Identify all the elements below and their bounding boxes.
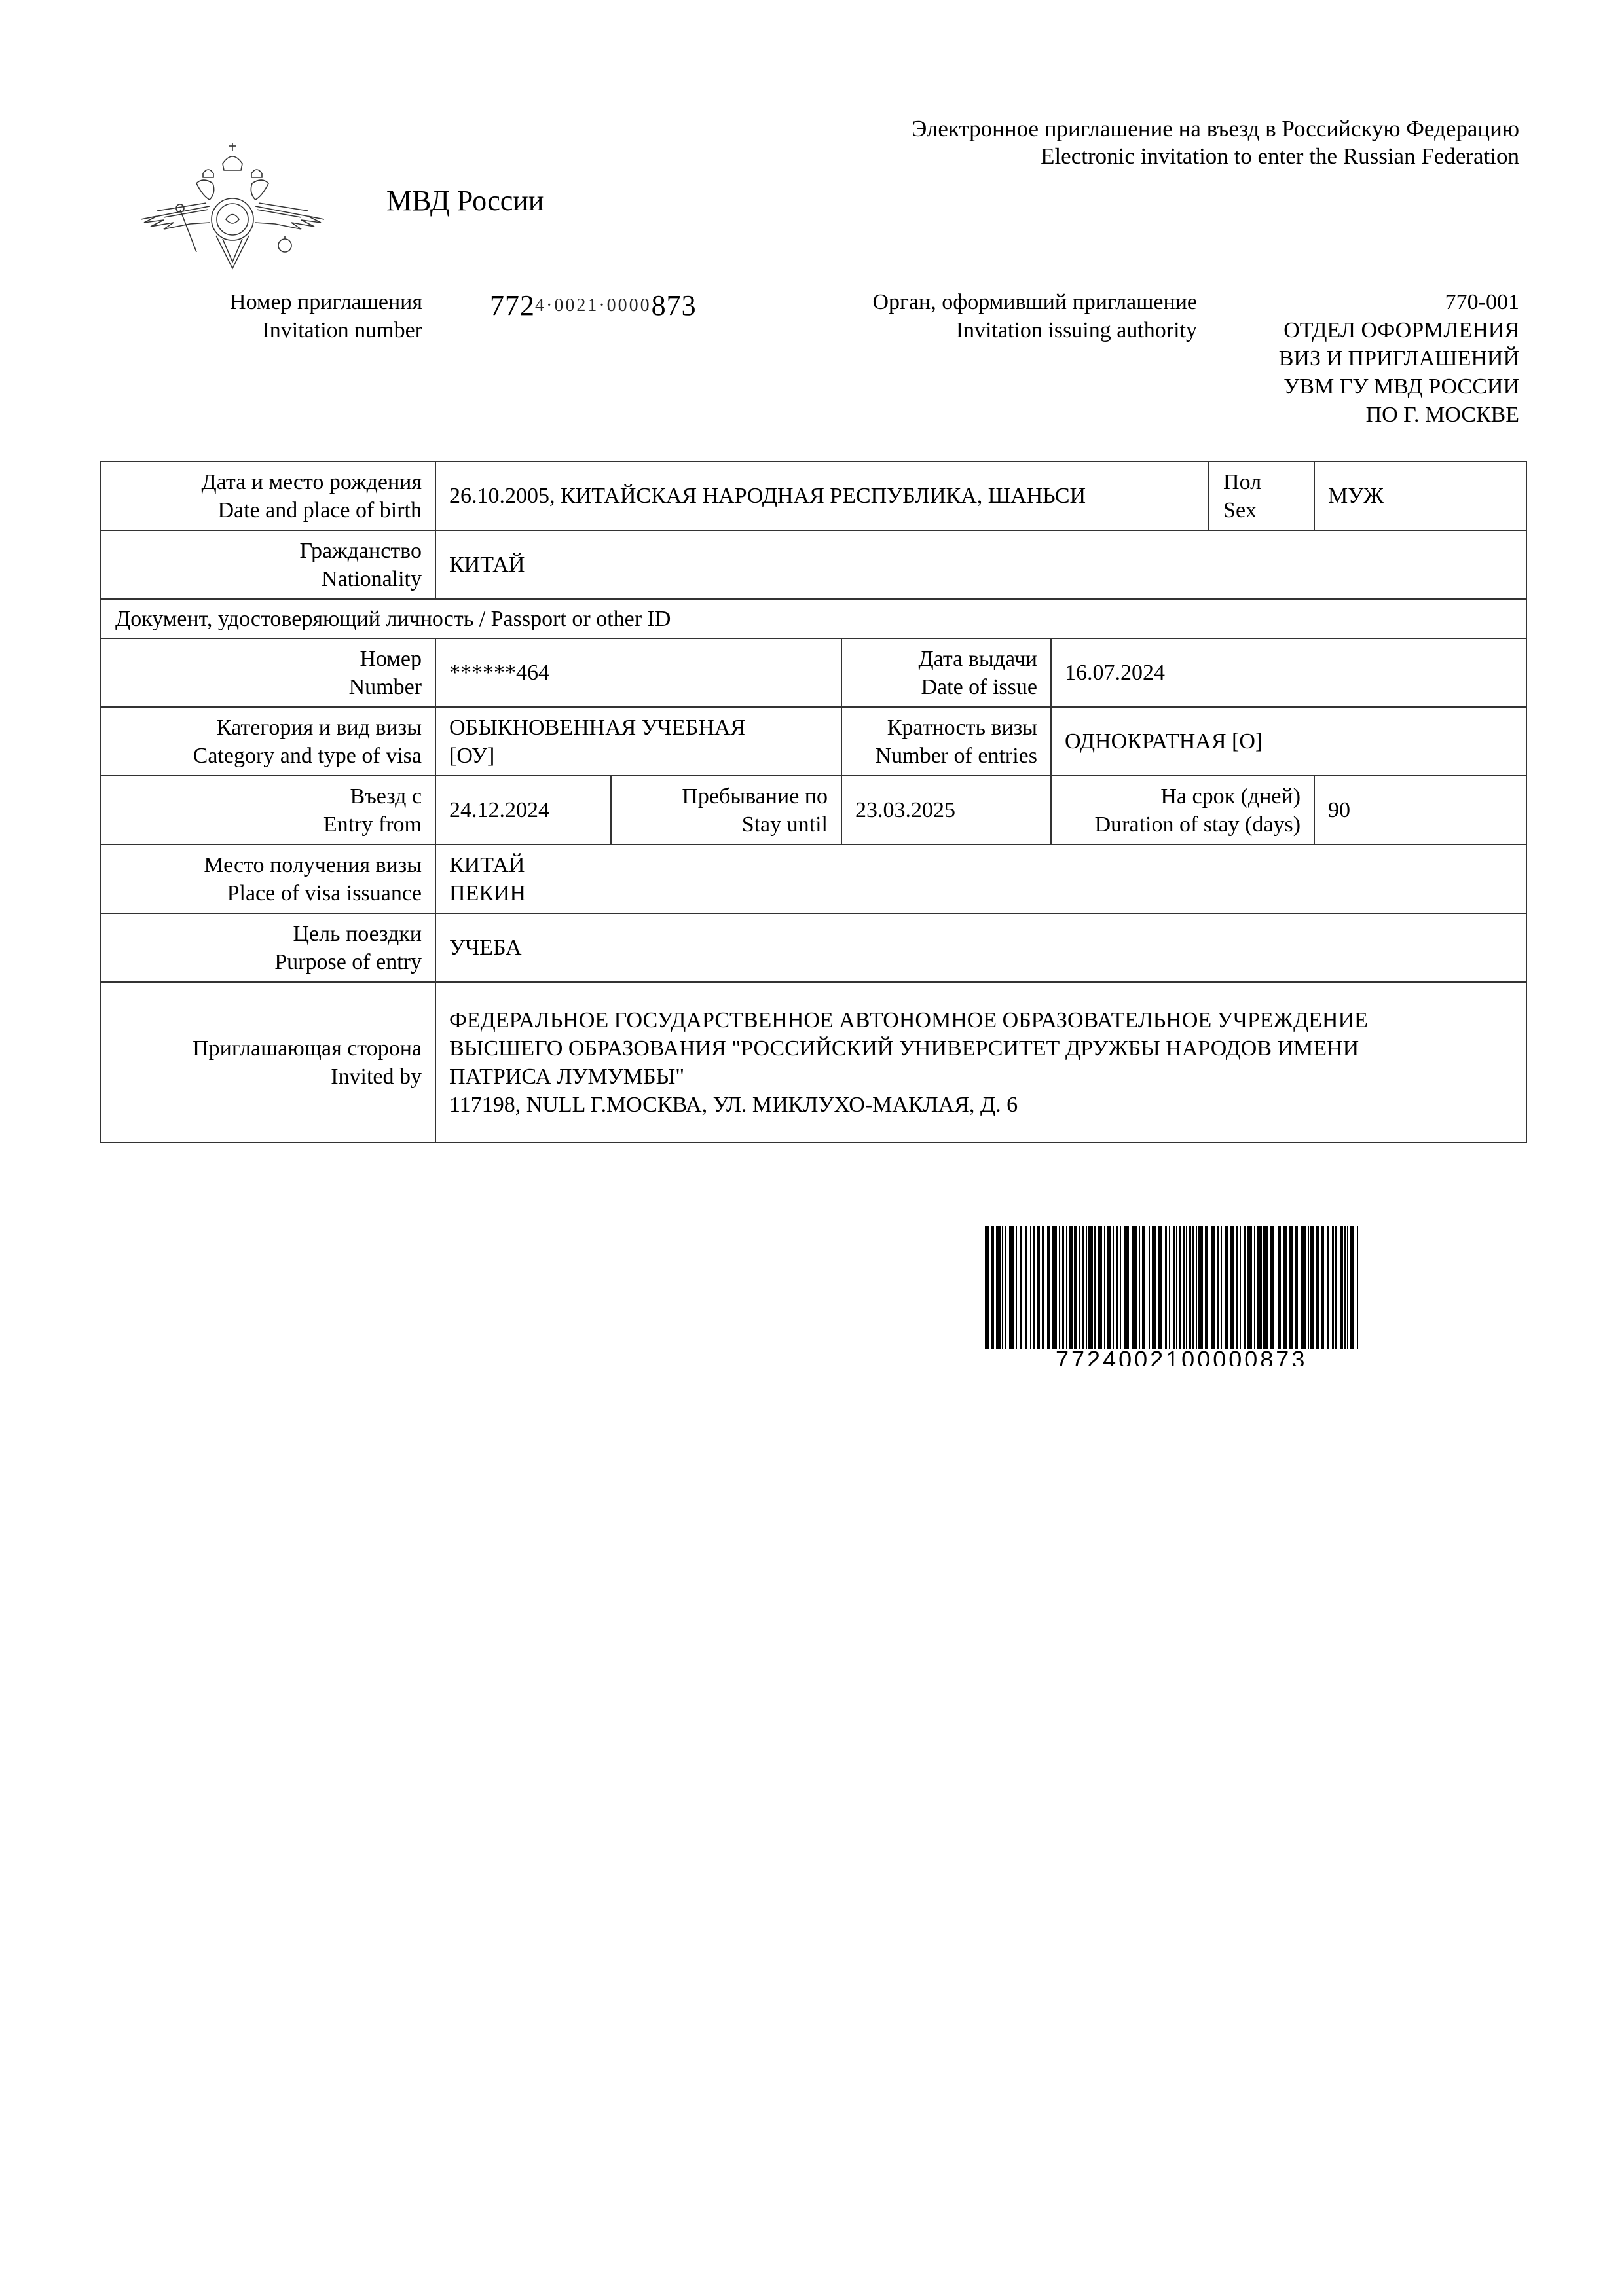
purpose-label: Цель поездки Purpose of entry <box>100 913 435 982</box>
invitation-number-label: Номер приглашения Invitation number <box>230 288 422 344</box>
visa-category-label-en: Category and type of visa <box>114 742 422 770</box>
agency-name: МВД России <box>386 185 544 217</box>
stay-until-label-en: Stay until <box>625 811 828 839</box>
visa-place-label-en: Place of visa issuance <box>114 879 422 907</box>
visa-category-value-line: ОБЫКНОВЕННАЯ УЧЕБНАЯ <box>449 714 828 742</box>
document-section-header: Документ, удостоверяющий личность / Pass… <box>100 599 1526 638</box>
issue-date-label: Дата выдачи Date of issue <box>841 638 1051 707</box>
entry-from-label-ru: Въезд с <box>114 782 422 811</box>
sex-label-en: Sex <box>1223 496 1301 524</box>
authority-line: ПО Г. МОСКВЕ <box>1279 401 1519 429</box>
nationality-label: Гражданство Nationality <box>100 530 435 599</box>
inviter-label-ru: Приглашающая сторона <box>114 1034 422 1063</box>
stay-dates-row: Въезд с Entry from 24.12.2024 Пребывание… <box>100 776 1526 845</box>
birth-label-en: Date and place of birth <box>114 496 422 524</box>
visa-place-value: КИТАЙ ПЕКИН <box>435 845 1526 913</box>
inviter-line: ФЕДЕРАЛЬНОЕ ГОСУДАРСТВЕННОЕ АВТОНОМНОЕ О… <box>449 1006 1513 1034</box>
authority-line: ВИЗ И ПРИГЛАШЕНИЙ <box>1279 344 1519 373</box>
sex-label: Пол Sex <box>1208 462 1314 530</box>
barcode-icon <box>982 1226 1365 1349</box>
sex-value: МУЖ <box>1314 462 1526 530</box>
authority-line: ОТДЕЛ ОФОРМЛЕНИЯ <box>1279 316 1519 344</box>
nationality-label-en: Nationality <box>114 565 422 593</box>
issuing-authority-value: 770-001 ОТДЕЛ ОФОРМЛЕНИЯ ВИЗ И ПРИГЛАШЕН… <box>1279 288 1519 429</box>
sex-label-ru: Пол <box>1223 468 1301 496</box>
issue-date-value: 16.07.2024 <box>1051 638 1526 707</box>
document-title-en: Electronic invitation to enter the Russi… <box>912 143 1519 170</box>
visa-place-label-ru: Место получения визы <box>114 851 422 879</box>
purpose-row: Цель поездки Purpose of entry УЧЕБА <box>100 913 1526 982</box>
birth-value: 26.10.2005, КИТАЙСКАЯ НАРОДНАЯ РЕСПУБЛИК… <box>435 462 1208 530</box>
inviter-value: ФЕДЕРАЛЬНОЕ ГОСУДАРСТВЕННОЕ АВТОНОМНОЕ О… <box>435 982 1526 1142</box>
invitation-number-suffix: 873 <box>652 289 697 321</box>
stay-until-value: 23.03.2025 <box>841 776 1051 845</box>
duration-label-en: Duration of stay (days) <box>1065 811 1301 839</box>
doc-number-label-ru: Номер <box>114 645 422 673</box>
visa-category-label-ru: Категория и вид визы <box>114 714 422 742</box>
entry-from-label: Въезд с Entry from <box>100 776 435 845</box>
duration-label-ru: На срок (дней) <box>1065 782 1301 811</box>
purpose-label-en: Purpose of entry <box>114 948 422 976</box>
inviter-line: ВЫСШЕГО ОБРАЗОВАНИЯ "РОССИЙСКИЙ УНИВЕРСИ… <box>449 1034 1513 1063</box>
inviter-row: Приглашающая сторона Invited by ФЕДЕРАЛЬ… <box>100 982 1526 1142</box>
doc-number-label: Номер Number <box>100 638 435 707</box>
invitation-number-prefix: 772 <box>490 289 535 321</box>
inviter-line: ПАТРИСА ЛУМУМБЫ" <box>449 1063 1513 1091</box>
stay-until-label: Пребывание по Stay until <box>611 776 841 845</box>
visa-category-value: ОБЫКНОВЕННАЯ УЧЕБНАЯ [ОУ] <box>435 707 841 776</box>
invitation-details-table: Дата и место рождения Date and place of … <box>100 461 1527 1143</box>
entries-label-en: Number of entries <box>855 742 1037 770</box>
visa-place-city: ПЕКИН <box>449 879 1513 907</box>
entries-label: Кратность визы Number of entries <box>841 707 1051 776</box>
issuing-authority-label: Орган, оформивший приглашение Invitation… <box>872 288 1197 344</box>
barcode-text: 7724002100000873 <box>1056 1350 1307 1366</box>
invitation-number-masked: 4·0021·0000 <box>535 295 652 316</box>
nationality-row: Гражданство Nationality КИТАЙ <box>100 530 1526 599</box>
nationality-value: КИТАЙ <box>435 530 1526 599</box>
document-section-row: Документ, удостоверяющий личность / Pass… <box>100 599 1526 638</box>
visa-place-label: Место получения визы Place of visa issua… <box>100 845 435 913</box>
birth-row: Дата и место рождения Date and place of … <box>100 462 1526 530</box>
inviter-label-en: Invited by <box>114 1063 422 1091</box>
visa-category-value-code: [ОУ] <box>449 742 828 770</box>
birth-label-ru: Дата и место рождения <box>114 468 422 496</box>
issuing-authority-label-en: Invitation issuing authority <box>872 316 1197 344</box>
document-title-ru: Электронное приглашение на въезд в Росси… <box>912 115 1519 143</box>
issuing-authority-label-ru: Орган, оформивший приглашение <box>872 288 1197 316</box>
mvd-emblem-icon <box>131 137 334 275</box>
issue-date-label-en: Date of issue <box>855 673 1037 701</box>
doc-number-value: ******464 <box>435 638 841 707</box>
visa-place-row: Место получения визы Place of visa issua… <box>100 845 1526 913</box>
inviter-label: Приглашающая сторона Invited by <box>100 982 435 1142</box>
duration-label: На срок (дней) Duration of stay (days) <box>1051 776 1314 845</box>
visa-place-country: КИТАЙ <box>449 851 1513 879</box>
purpose-label-ru: Цель поездки <box>114 920 422 948</box>
birth-label: Дата и место рождения Date and place of … <box>100 462 435 530</box>
invitation-number-label-ru: Номер приглашения <box>230 288 422 316</box>
duration-value: 90 <box>1314 776 1526 845</box>
entry-from-value: 24.12.2024 <box>435 776 611 845</box>
authority-code: 770-001 <box>1279 288 1519 316</box>
entries-value: ОДНОКРАТНАЯ [О] <box>1051 707 1526 776</box>
visa-category-label: Категория и вид визы Category and type o… <box>100 707 435 776</box>
document-title: Электронное приглашение на въезд в Росси… <box>912 115 1519 170</box>
purpose-value: УЧЕБА <box>435 913 1526 982</box>
stay-until-label-ru: Пребывание по <box>625 782 828 811</box>
issue-date-label-ru: Дата выдачи <box>855 645 1037 673</box>
doc-number-label-en: Number <box>114 673 422 701</box>
invitation-number-label-en: Invitation number <box>230 316 422 344</box>
entry-from-label-en: Entry from <box>114 811 422 839</box>
visa-category-row: Категория и вид визы Category and type o… <box>100 707 1526 776</box>
inviter-address: 117198, NULL Г.МОСКВА, УЛ. МИКЛУХО-МАКЛА… <box>449 1091 1513 1119</box>
document-number-row: Номер Number ******464 Дата выдачи Date … <box>100 638 1526 707</box>
authority-line: УВМ ГУ МВД РОССИИ <box>1279 373 1519 401</box>
entries-label-ru: Кратность визы <box>855 714 1037 742</box>
nationality-label-ru: Гражданство <box>114 537 422 565</box>
invitation-number: 7724·0021·0000873 <box>490 289 697 322</box>
